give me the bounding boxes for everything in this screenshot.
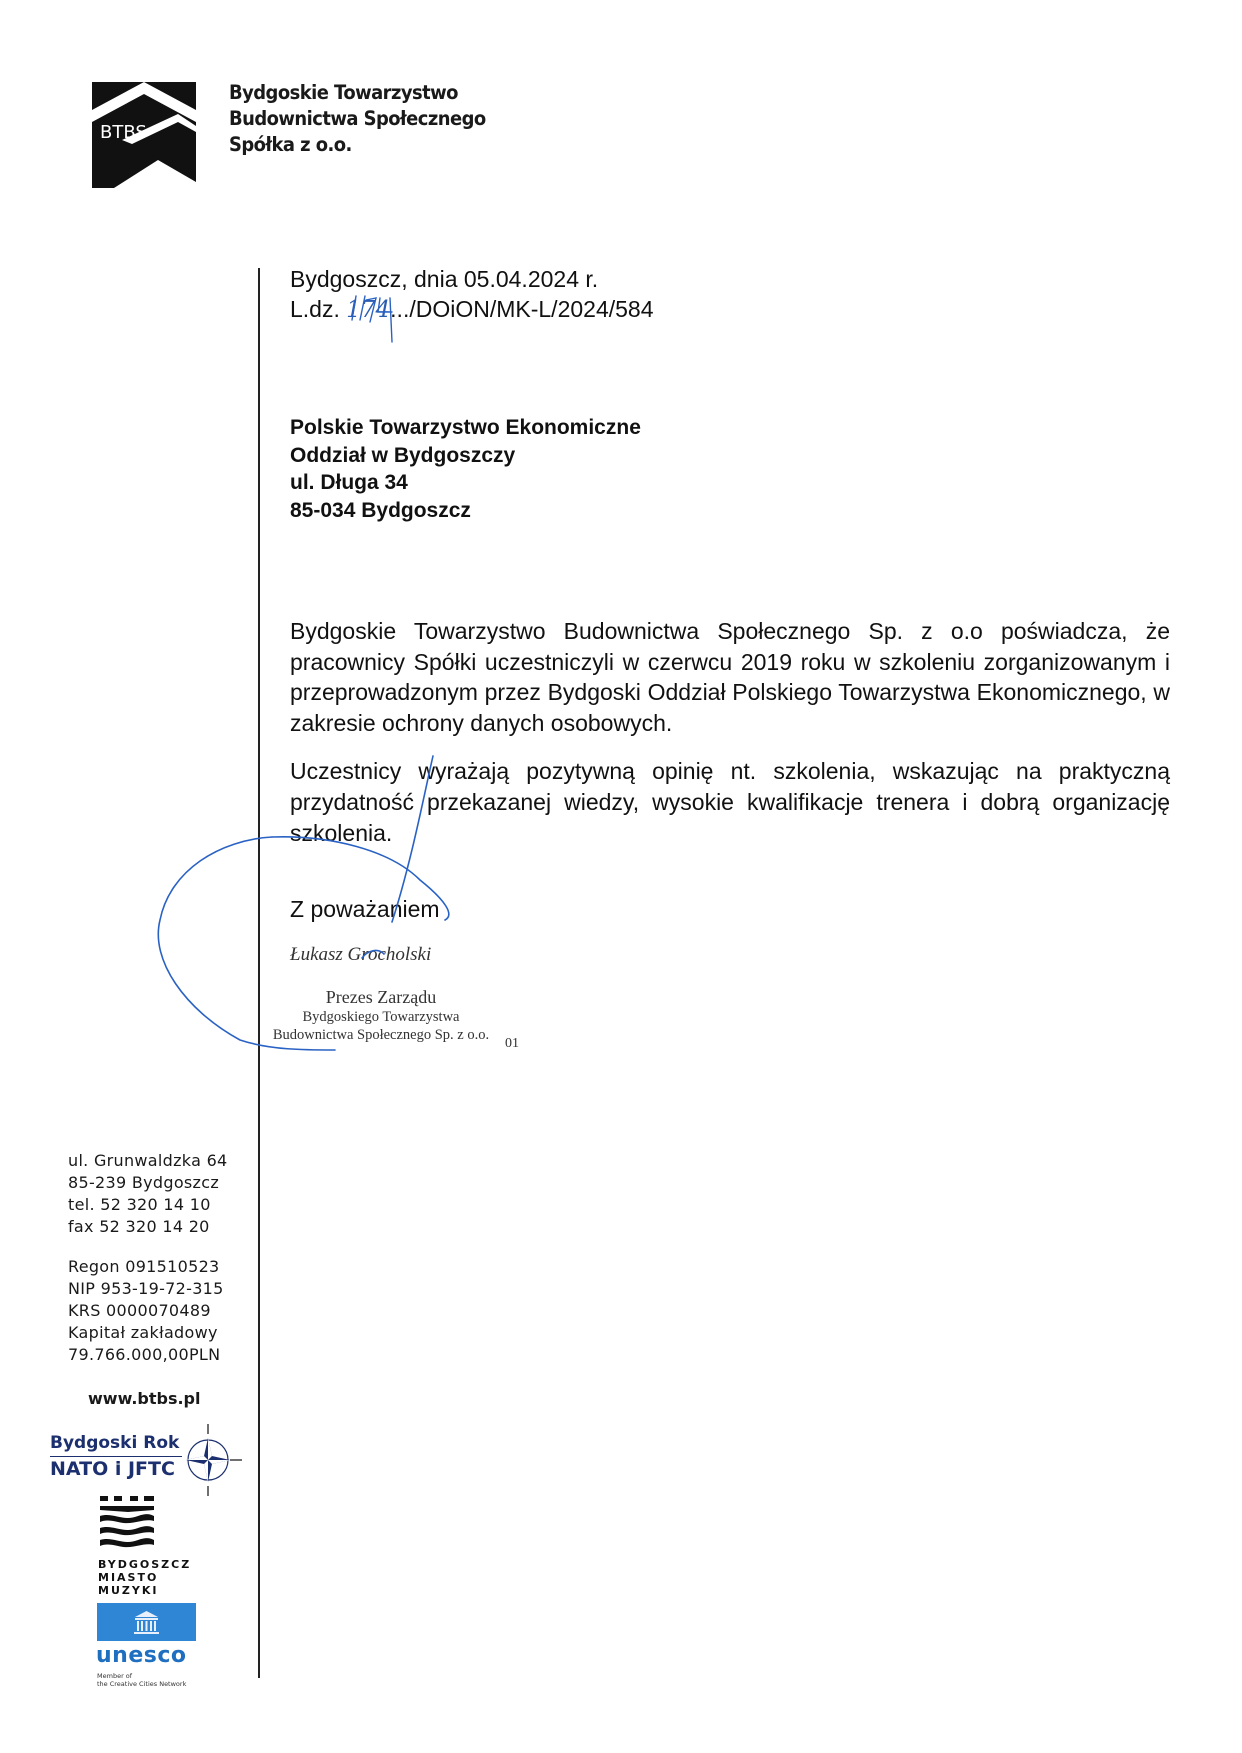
- date-reference-block: Bydgoszcz, dnia 05.04.2024 r. L.dz. 174.…: [290, 264, 654, 325]
- reference-line: L.dz. 174.../DOiON/MK-L/2024/584: [290, 294, 654, 325]
- music-city-line: BYDGOSZCZ: [98, 1558, 191, 1571]
- closing-salutation: Z poważaniem: [290, 896, 440, 923]
- registry-line: NIP 953-19-72-315: [68, 1278, 228, 1300]
- registry-line: Regon 091510523: [68, 1256, 228, 1278]
- recipient-line: Oddział w Bydgoszczy: [290, 442, 641, 470]
- logo-text: BTBS: [100, 122, 147, 143]
- date-line: Bydgoszcz, dnia 05.04.2024 r.: [290, 264, 654, 294]
- unesco-emblem-box: [97, 1603, 196, 1641]
- reference-handwritten-number: 174: [346, 297, 390, 323]
- unesco-wordmark: unesco: [96, 1643, 187, 1668]
- signer-name: Łukasz Grocholski: [290, 944, 431, 966]
- recipient-line: ul. Długa 34: [290, 469, 641, 497]
- nato-badge-line: NATO i JFTC: [50, 1457, 182, 1481]
- signer-title-line: Budownictwa Społecznego Sp. z o.o.: [236, 1026, 526, 1044]
- unesco-caption-line: Member of: [97, 1672, 186, 1680]
- contact-line: 85-239 Bydgoszcz: [68, 1172, 228, 1194]
- registry-line: KRS 0000070489: [68, 1300, 228, 1322]
- body-paragraph: Uczestnicy wyrażają pozytywną opinię nt.…: [290, 756, 1170, 848]
- nato-year-badge: Bydgoski Rok NATO i JFTC: [50, 1432, 182, 1481]
- company-name: Bydgoskie Towarzystwo Budownictwa Społec…: [229, 80, 486, 158]
- vertical-divider: [258, 268, 260, 1678]
- contact-line: fax 52 320 14 20: [68, 1216, 228, 1238]
- signer-title-line: Prezes Zarządu: [236, 986, 526, 1008]
- company-name-line: Bydgoskie Towarzystwo: [229, 80, 486, 106]
- company-contact-info: ul. Grunwaldzka 64 85-239 Bydgoszcz tel.…: [68, 1150, 228, 1366]
- company-name-line: Spółka z o.o.: [229, 132, 486, 158]
- unesco-temple-icon: [97, 1603, 196, 1641]
- recipient-line: Polskie Towarzystwo Ekonomiczne: [290, 414, 641, 442]
- music-city-text: BYDGOSZCZ MIASTO MUZYKI: [98, 1558, 191, 1597]
- unesco-network-caption: Member of the Creative Cities Network: [97, 1672, 186, 1688]
- recipient-address: Polskie Towarzystwo Ekonomiczne Oddział …: [290, 414, 641, 524]
- letter-body: Bydgoskie Towarzystwo Budownictwa Społec…: [290, 616, 1170, 866]
- nato-compass-star-icon: [186, 1424, 254, 1496]
- music-city-line: MIASTO: [98, 1571, 191, 1584]
- registry-line: 79.766.000,00PLN: [68, 1344, 228, 1366]
- stamp-number: 01: [505, 1036, 519, 1052]
- website-link[interactable]: www.btbs.pl: [88, 1389, 201, 1408]
- registry-line: Kapitał zakładowy: [68, 1322, 228, 1344]
- company-name-line: Budownictwa Społecznego: [229, 106, 486, 132]
- btbs-logo: BTBS: [92, 82, 196, 188]
- signer-title-stamp: Prezes Zarządu Bydgoskiego Towarzystwa B…: [236, 986, 526, 1044]
- music-city-line: MUZYKI: [98, 1584, 191, 1597]
- music-city-logo-icon: [98, 1496, 156, 1552]
- contact-line: tel. 52 320 14 10: [68, 1194, 228, 1216]
- reference-suffix: .../DOiON/MK-L/2024/584: [390, 296, 653, 322]
- body-paragraph: Bydgoskie Towarzystwo Budownictwa Społec…: [290, 616, 1170, 738]
- signer-title-line: Bydgoskiego Towarzystwa: [236, 1008, 526, 1026]
- nato-badge-line: Bydgoski Rok: [50, 1432, 182, 1457]
- recipient-line: 85-034 Bydgoszcz: [290, 497, 641, 525]
- contact-line: ul. Grunwaldzka 64: [68, 1150, 228, 1172]
- reference-prefix: L.dz.: [290, 296, 346, 322]
- unesco-caption-line: the Creative Cities Network: [97, 1680, 186, 1688]
